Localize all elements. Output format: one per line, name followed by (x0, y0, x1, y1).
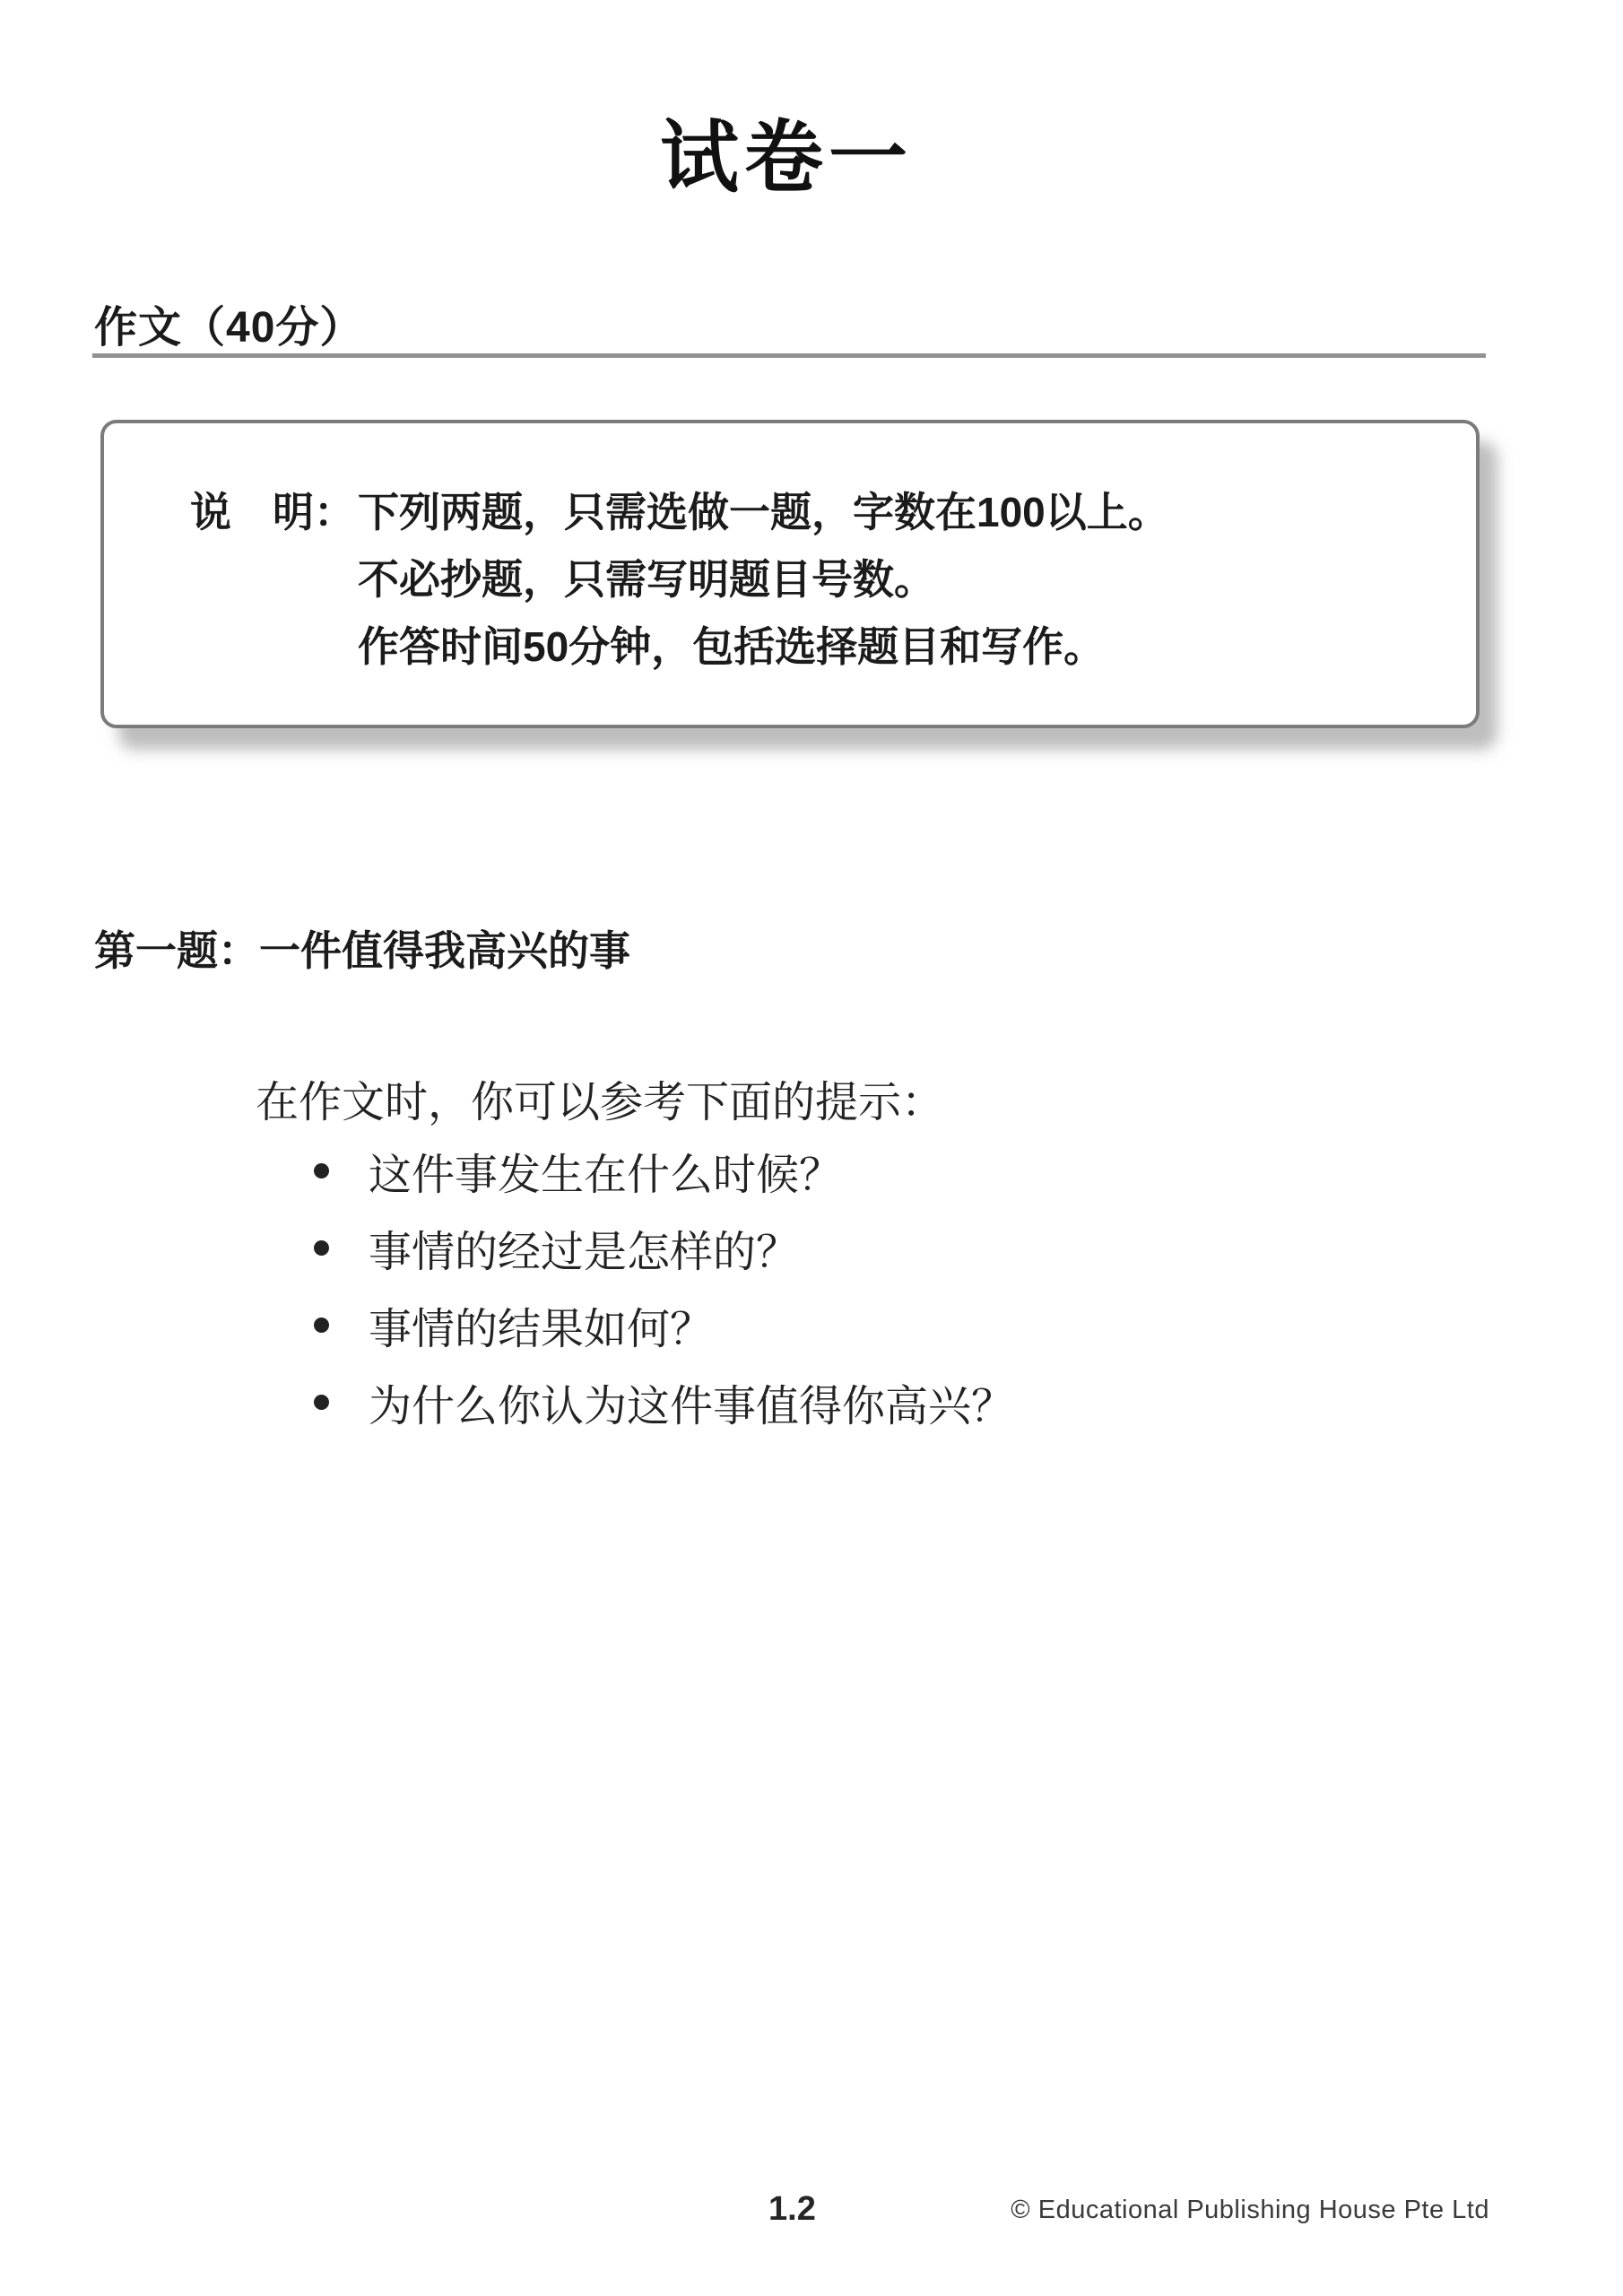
instruction-line-1: 下列两题，只需选做一题，字数在100以上。 (358, 479, 1449, 546)
question-title: 一件值得我高兴的事 (259, 927, 630, 974)
copyright-notice: © Educational Publishing House Pte Ltd (1011, 2196, 1489, 2225)
bullet-dot-icon (314, 1240, 329, 1256)
score-label: （40分） (182, 304, 363, 352)
hint-intro: 在作文时，你可以参考下面的提示： (256, 1067, 944, 1129)
hint-bullet-text: 事情的结果如何？ (369, 1294, 713, 1356)
bullet-dot-icon (314, 1318, 329, 1333)
bullet-dot-icon (314, 1395, 329, 1410)
question-line: 第一题：一件值得我高兴的事 (94, 918, 630, 978)
bullet-dot-icon (314, 1163, 329, 1178)
hint-bullet-list: 这件事发生在什么时候？ 事情的经过是怎样的？ 事情的结果如何？ 为什么你认为这件… (314, 1132, 1014, 1440)
page-title: 试卷一 (0, 95, 1573, 208)
section-heading: 作文（40分） (94, 292, 363, 354)
hint-bullet-item: 事情的经过是怎样的？ (314, 1209, 1014, 1286)
instruction-label: 说 明： (190, 479, 355, 546)
composition-label: 作文 (94, 304, 182, 352)
hint-bullet-text: 为什么你认为这件事值得你高兴？ (369, 1371, 1014, 1433)
instruction-content: 说 明： 下列两题，只需选做一题，字数在100以上。 不必抄题，只需写明题目号数… (104, 423, 1476, 725)
hint-bullet-text: 这件事发生在什么时候？ (369, 1140, 842, 1202)
instruction-box: 说 明： 下列两题，只需选做一题，字数在100以上。 不必抄题，只需写明题目号数… (100, 420, 1480, 728)
question-number: 第一题： (94, 927, 259, 974)
hint-bullet-item: 为什么你认为这件事值得你高兴？ (314, 1363, 1014, 1440)
hint-bullet-item: 事情的结果如何？ (314, 1286, 1014, 1363)
hint-bullet-text: 事情的经过是怎样的？ (369, 1217, 799, 1279)
instruction-line-2: 不必抄题，只需写明题目号数。 (358, 546, 1449, 613)
hint-bullet-item: 这件事发生在什么时候？ (314, 1132, 1014, 1209)
instruction-line-3: 作答时间50分钟，包括选择题目和写作。 (358, 613, 1449, 681)
section-divider-rule (92, 353, 1486, 358)
exam-page: { "page": { "title": "试卷一", "section": {… (0, 0, 1623, 2296)
page-number: 1.2 (768, 2190, 816, 2229)
